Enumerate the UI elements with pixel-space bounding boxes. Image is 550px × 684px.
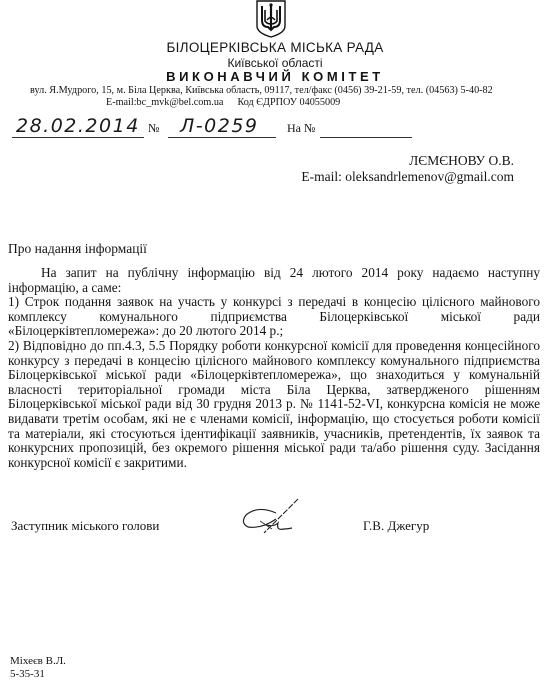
letter-body: На запит на публічну інформацію від 24 л…: [8, 266, 540, 470]
reply-to-underline: [320, 137, 412, 138]
contact-line: E-mail:bc_mvk@bel.com.uaКод ЄДРПОУ 04055…: [106, 97, 340, 108]
organization-email: E-mail:bc_mvk@bel.com.ua: [106, 97, 223, 108]
number-label: №: [148, 121, 159, 136]
coat-of-arms-icon: [254, 0, 288, 38]
edrpou-code: Код ЄДРПОУ 04055009: [237, 97, 340, 108]
body-item-1: 1) Строк подання заявок на участь у конк…: [8, 295, 540, 339]
date-underline: [12, 137, 144, 138]
signature-icon: [236, 497, 316, 537]
organization-committee: ВИКОНАВЧИЙ КОМІТЕТ: [0, 69, 550, 84]
outgoing-number: Л-0259: [180, 115, 259, 137]
body-item-2: 2) Відповідно до пп.4.3, 5.5 Порядку роб…: [8, 339, 540, 470]
outgoing-date: 28.02.2014: [16, 115, 140, 137]
address-line: вул. Я.Мудрого, 15, м. Біла Церква, Київ…: [30, 85, 493, 96]
executor-phone: 5-35-31: [10, 668, 45, 680]
executor-name: Міхеєв В.Л.: [10, 655, 66, 667]
signer-name: Г.В. Джегур: [363, 518, 429, 534]
body-intro: На запит на публічну інформацію від 24 л…: [8, 266, 540, 295]
recipient-name: ЛЄМЄНОВУ О.В.: [409, 153, 514, 169]
letter-subject: Про надання інформації: [8, 241, 147, 257]
organization-name: БІЛОЦЕРКІВСЬКА МІСЬКА РАДА: [0, 40, 550, 55]
reply-to-label: На №: [287, 121, 315, 136]
signer-title: Заступник міського голови: [11, 518, 159, 534]
recipient-email: E-mail: oleksandrlemenov@gmail.com: [301, 169, 514, 185]
organization-region: Київської області: [0, 56, 550, 70]
number-underline: [168, 137, 276, 138]
registration-line: 28.02.2014 № Л-0259 На №: [10, 115, 550, 143]
